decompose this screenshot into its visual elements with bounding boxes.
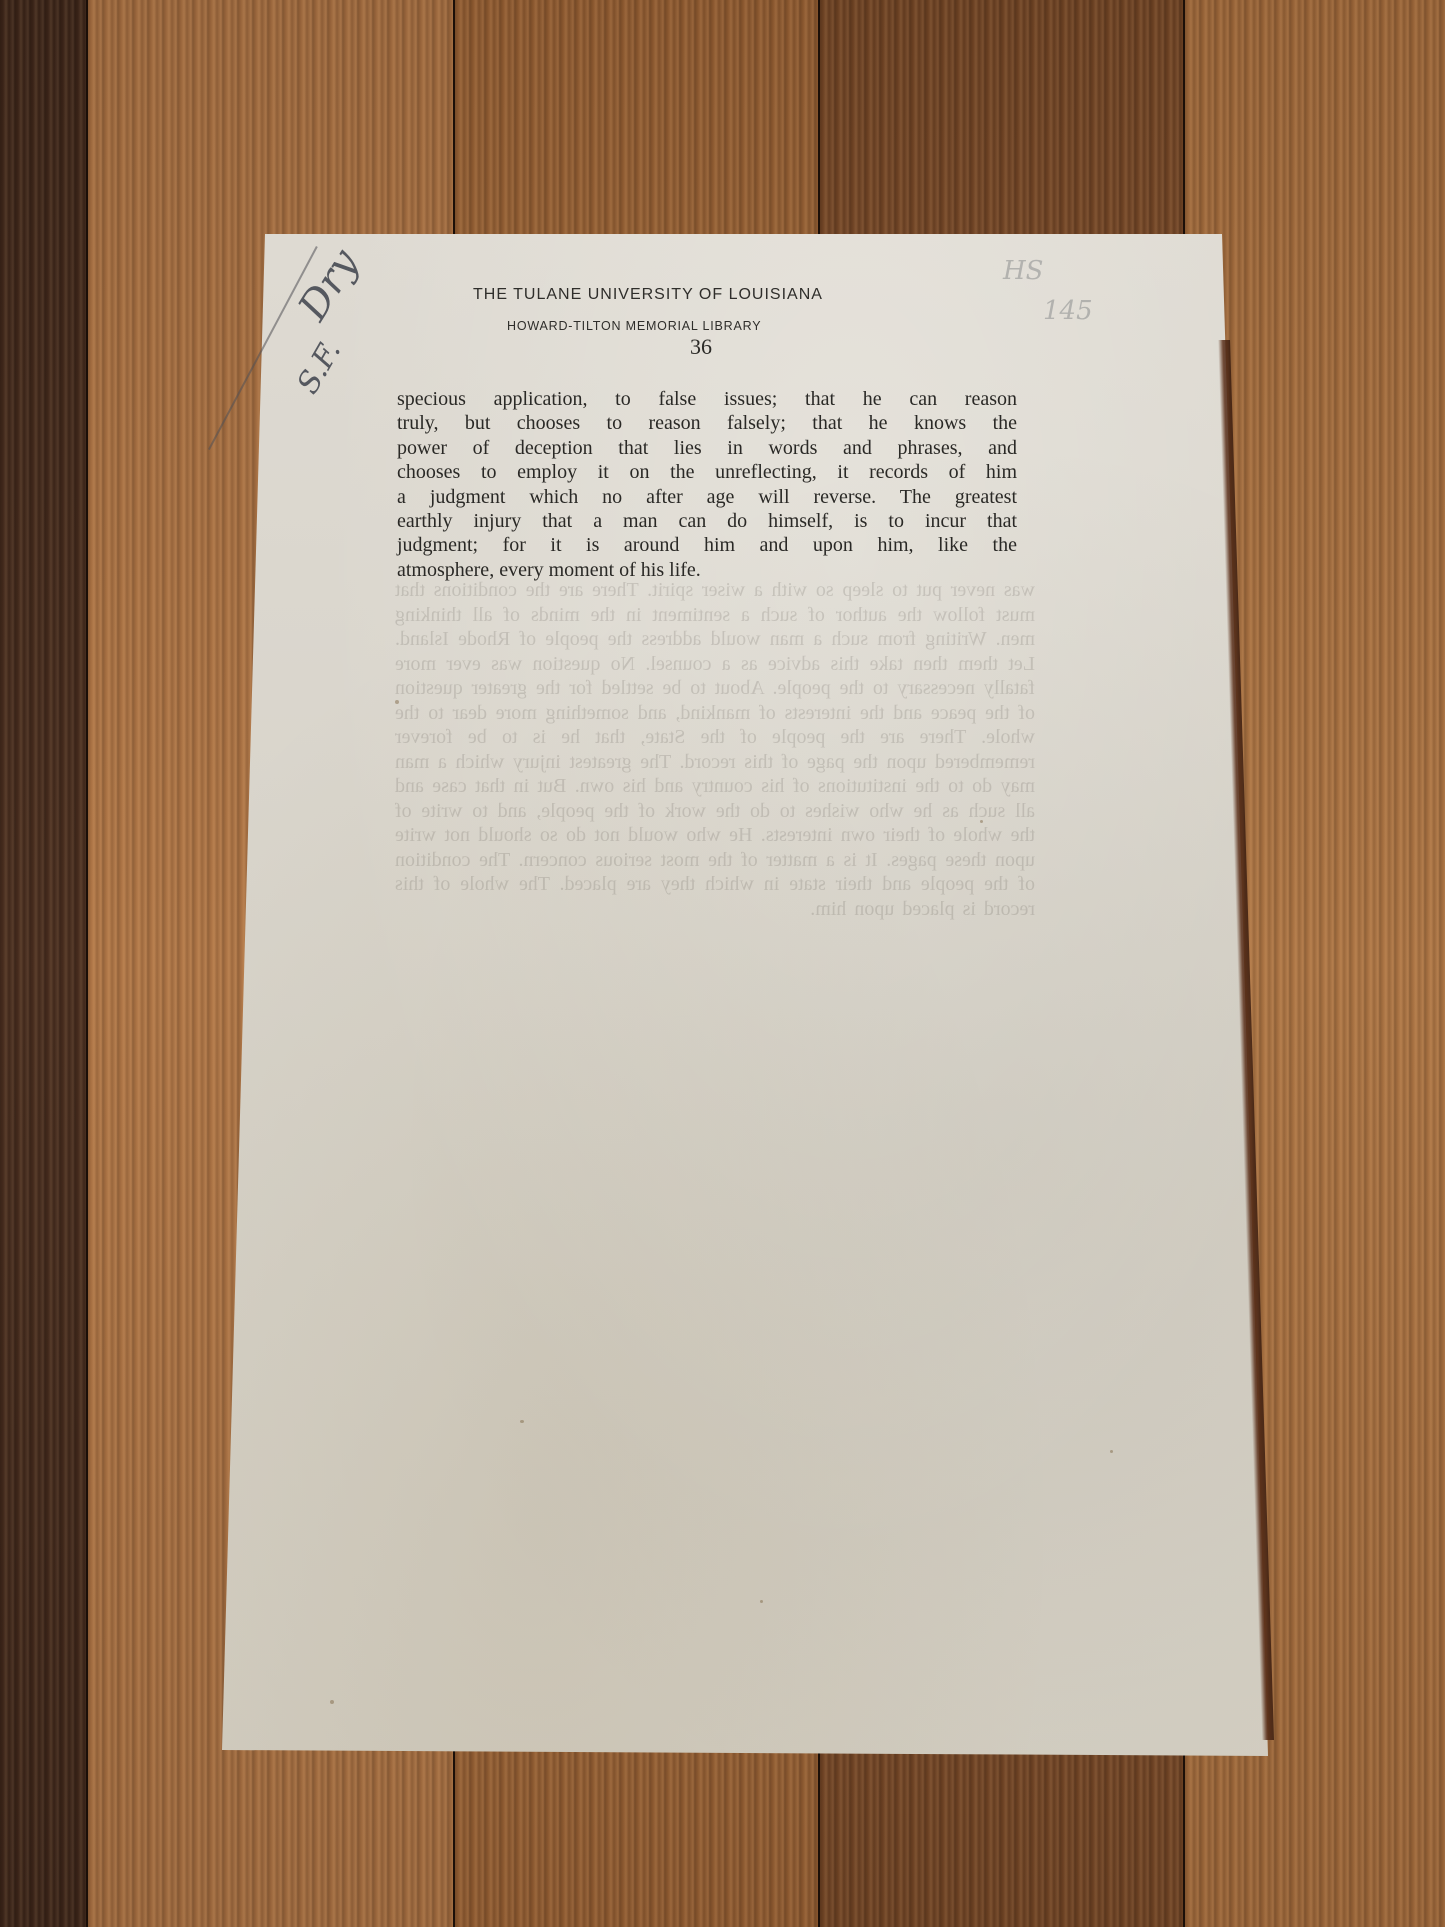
text-line: chooses to employ it on the unreflecting… (397, 460, 1017, 484)
floor-plank (0, 0, 89, 1927)
text-line: judgment; for it is around him and upon … (397, 533, 1017, 557)
foxing-spot (520, 1420, 524, 1423)
library-stamp-name: HOWARD-TILTON MEMORIAL LIBRARY (507, 319, 761, 333)
page-number: 36 (690, 334, 712, 360)
reverse-side-bleed-through: was never put to sleep so with a wiser s… (395, 578, 1035, 1538)
pencil-shelfmark-top: HS (1003, 256, 1044, 286)
text-line: truly, but chooses to reason falsely; th… (397, 411, 1017, 435)
text-line: earthly injury that a man can do himself… (397, 509, 1017, 533)
pencil-shelfmark-number: 145 (1043, 296, 1093, 326)
text-line: a judgment which no after age will rever… (397, 485, 1017, 509)
foxing-spot (760, 1600, 763, 1603)
body-paragraph: specious application, to false issues; t… (397, 387, 1017, 582)
foxing-spot (1110, 1450, 1113, 1453)
foxing-spot (980, 820, 983, 823)
foxing-spot (395, 700, 399, 704)
text-line: specious application, to false issues; t… (397, 387, 1017, 411)
text-line: atmosphere, every moment of his life. (397, 558, 1017, 582)
library-stamp-institution: THE TULANE UNIVERSITY OF LOUISIANA (473, 286, 823, 304)
foxing-spot (330, 1700, 334, 1704)
text-line: power of deception that lies in words an… (397, 436, 1017, 460)
